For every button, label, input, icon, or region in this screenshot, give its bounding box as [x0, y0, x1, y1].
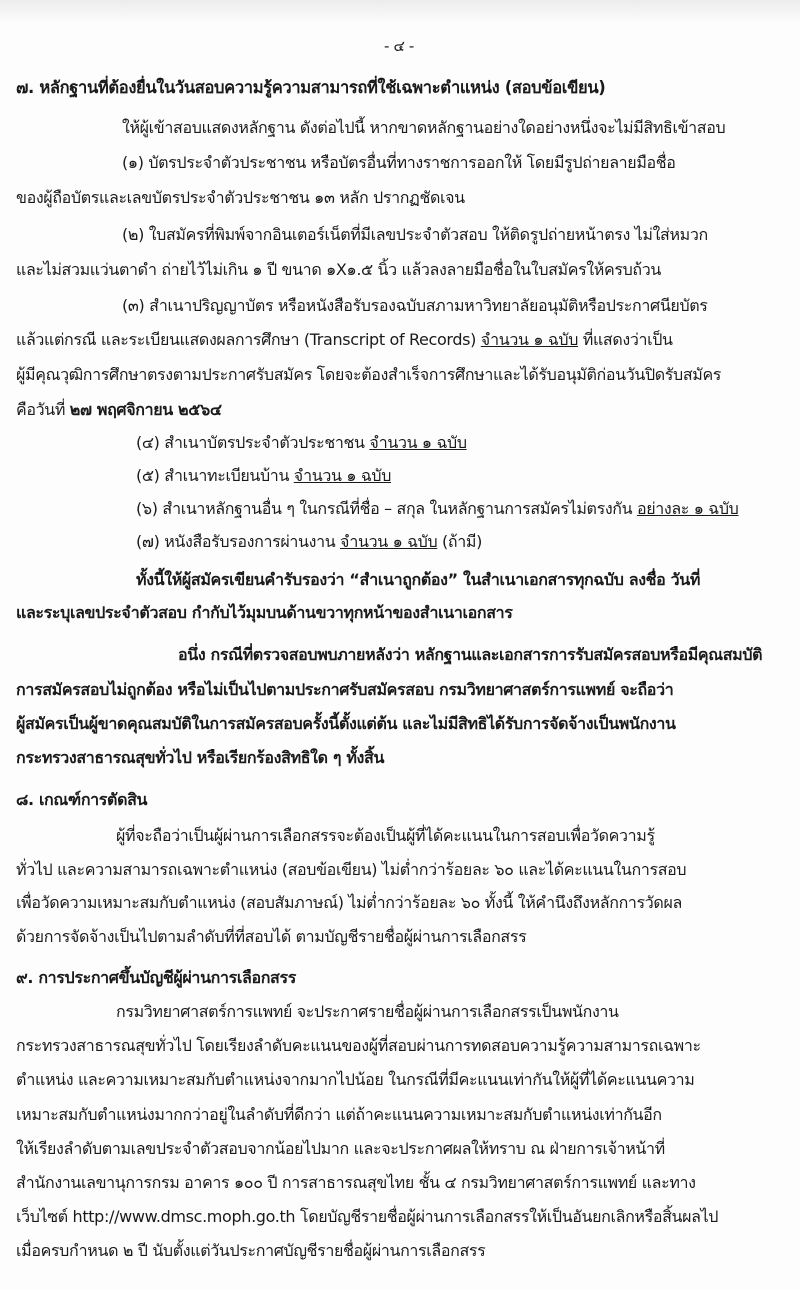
item-3-line-3: ผู้มีคุณวุฒิการศึกษาตรงตามประกาศรับสมัคร…: [16, 365, 721, 385]
warning-line-4: กระทรวงสาธารณสุขทั่วไป หรือเรียกร้องสิทธ…: [16, 748, 384, 768]
section-9-heading: ๙. การประกาศขึ้นบัญชีผู้ผ่านการเลือกสรร: [16, 968, 296, 988]
item-4-text: (๔) สำเนาบัตรประจำตัวประชาชน: [136, 433, 369, 452]
item-3-line-2: แล้วแต่กรณี และระเบียนแสดงผลการศึกษา (Tr…: [16, 330, 673, 350]
item-1-line-2: ของผู้ถือบัตรและเลขบัตรประจำตัวประชาชน ๑…: [16, 188, 465, 208]
section-7-intro: ให้ผู้เข้าสอบแสดงหลักฐาน ดังต่อไปนี้ หาก…: [122, 118, 725, 138]
item-3-line-2-text: แล้วแต่กรณี และระเบียนแสดงผลการศึกษา (Tr…: [16, 330, 481, 349]
certify-line-1: ทั้งนี้ให้ผู้สมัครเขียนคำรับรองว่า “สำเน…: [136, 570, 700, 590]
item-3-line-4: คือวันที่ ๒๗ พฤศจิกายน ๒๕๖๔: [16, 400, 222, 420]
section-9-line-1: กรมวิทยาศาสตร์การแพทย์ จะประกาศรายชื่อผู…: [116, 1002, 619, 1022]
section-8-heading: ๘. เกณฑ์การตัดสิน: [16, 790, 147, 810]
section-9-line-8: เมื่อครบกำหนด ๒ ปี นับตั้งแต่วันประกาศบั…: [16, 1241, 485, 1261]
item-2-line-2: และไม่สวมแว่นตาดำ ถ่ายไว้ไม่เกิน ๑ ปี ขน…: [16, 260, 661, 280]
item-5-text: (๕) สำเนาทะเบียนบ้าน: [136, 466, 294, 485]
section-9-line-3: ตำแหน่ง และความเหมาะสมกับตำแหน่งจากมากไป…: [16, 1070, 694, 1090]
item-5: (๕) สำเนาทะเบียนบ้าน จำนวน ๑ ฉบับ: [136, 466, 391, 486]
section-9-line-7: เว็บไซต์ http://www.dmsc.moph.go.th โดยบ…: [16, 1207, 718, 1227]
section-9-line-2: กระทรวงสาธารณสุขทั่วไป โดยเรียงลำดับคะแน…: [16, 1036, 701, 1056]
closing-date-label: คือวันที่: [16, 400, 70, 419]
section-7-heading: ๗. หลักฐานที่ต้องยื่นในวันสอบความรู้ความ…: [16, 78, 605, 98]
certify-line-2: และระบุเลขประจำตัวสอบ กำกับไว้มุมบนด้านข…: [16, 603, 513, 623]
item-6-text: (๖) สำเนาหลักฐานอื่น ๆ ในกรณีที่ชื่อ – ส…: [136, 499, 637, 518]
item-3-quantity: จำนวน ๑ ฉบับ: [481, 330, 578, 349]
section-9-line-4: เหมาะสมกับตำแหน่งมากกว่าอยู่ในลำดับที่ดี…: [16, 1105, 662, 1125]
item-5-quantity: จำนวน ๑ ฉบับ: [294, 466, 391, 485]
website-label: เว็บไซต์: [16, 1207, 73, 1226]
section-9-line-7-tail: โดยบัญชีรายชื่อผู้ผ่านการเลือกสรรให้เป็น…: [295, 1207, 718, 1226]
page-number: - ๔ -: [384, 36, 414, 56]
item-3-line-2-tail: ที่แสดงว่าเป็น: [578, 330, 673, 349]
item-7-quantity: จำนวน ๑ ฉบับ: [340, 532, 437, 551]
item-3-line-1: (๓) สำเนาปริญญาบัตร หรือหนังสือรับรองฉบั…: [122, 296, 708, 316]
item-2-line-1: (๒) ใบสมัครที่พิมพ์จากอินเตอร์เน็ตที่มีเ…: [122, 225, 708, 245]
item-1-line-1: (๑) บัตรประจำตัวประชาชน หรือบัตรอื่นที่ท…: [122, 153, 676, 173]
item-6: (๖) สำเนาหลักฐานอื่น ๆ ในกรณีที่ชื่อ – ส…: [136, 499, 738, 519]
section-8-line-3: เพื่อวัดความเหมาะสมกับตำแหน่ง (สอบสัมภาษ…: [16, 893, 682, 913]
item-7-text: (๗) หนังสือรับรองการผ่านงาน: [136, 532, 340, 551]
warning-line-3: ผู้สมัครเป็นผู้ขาดคุณสมบัติในการสมัครสอบ…: [16, 714, 676, 734]
warning-line-2: การสมัครสอบไม่ถูกต้อง หรือไม่เป็นไปตามปร…: [16, 680, 673, 700]
section-8-line-4: ด้วยการจัดจ้างเป็นไปตามลำดับที่ที่สอบได้…: [16, 927, 526, 947]
section-9-line-6: สำนักงานเลขานุการกรม อาคาร ๑๐๐ ปี การสาธ…: [16, 1173, 696, 1193]
item-4-quantity: จำนวน ๑ ฉบับ: [369, 433, 466, 452]
item-7-note: (ถ้ามี): [437, 532, 482, 551]
warning-line-1: อนึ่ง กรณีที่ตรวจสอบพบภายหลังว่า หลักฐาน…: [178, 645, 762, 665]
document-page: - ๔ - ๗. หลักฐานที่ต้องยื่นในวันสอบความร…: [0, 0, 800, 1290]
item-4: (๔) สำเนาบัตรประจำตัวประชาชน จำนวน ๑ ฉบั…: [136, 433, 467, 453]
item-7: (๗) หนังสือรับรองการผ่านงาน จำนวน ๑ ฉบับ…: [136, 532, 482, 552]
item-6-quantity: อย่างละ ๑ ฉบับ: [637, 499, 739, 518]
section-8-line-1: ผู้ที่จะถือว่าเป็นผู้ผ่านการเลือกสรรจะต้…: [116, 826, 655, 846]
section-9-line-5: ให้เรียงลำดับตามเลขประจำตัวสอบจากน้อยไปม…: [16, 1139, 665, 1159]
website-url[interactable]: http://www.dmsc.moph.go.th: [73, 1207, 296, 1226]
closing-date: ๒๗ พฤศจิกายน ๒๕๖๔: [70, 400, 222, 419]
section-8-line-2: ทั่วไป และความสามารถเฉพาะตำแหน่ง (สอบข้อ…: [16, 860, 686, 880]
